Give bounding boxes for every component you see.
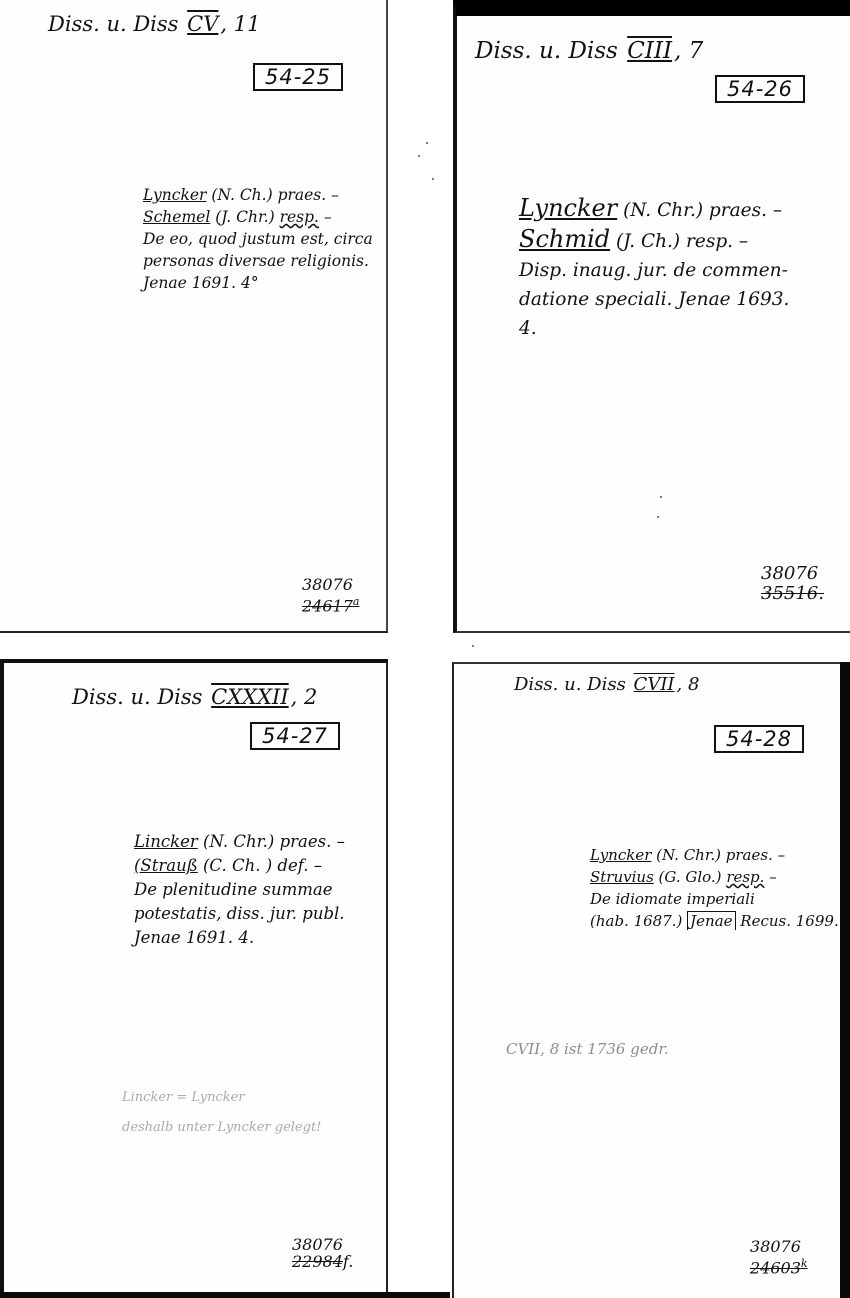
entry-imprint-line: Jenae 1691. 4. [134, 926, 345, 950]
shelfmark-suffix: , 7 [674, 38, 703, 64]
imprint-habitation: (hab. 1687.) [590, 912, 687, 930]
call-number: 54-27 [250, 722, 340, 750]
entry-title-line: De idiomate imperiali [590, 888, 850, 910]
line-dash: – [764, 868, 776, 886]
respondent-name: Struvius [590, 868, 654, 886]
accession-old-struck: 24617 [302, 596, 353, 615]
praeses-name: Lyncker [143, 186, 206, 204]
entry-line-respondent: Schemel (J. Chr.) resp. – [143, 206, 373, 228]
scan-edge-right [840, 662, 850, 1298]
accession-suffix: f. [343, 1252, 353, 1271]
accession-current: 38076 [750, 1238, 808, 1255]
respondent-initials: (J. Chr.) [210, 208, 279, 226]
respondent-role: resp. [280, 208, 319, 226]
shelfmark-suffix: , 11 [220, 12, 260, 36]
entry-line-praeses: Lincker (N. Chr.) praes. – [134, 830, 345, 854]
respondent-detail: (J. Ch.) resp. – [610, 231, 748, 252]
accession-numbers: 38076 24603k [750, 1238, 808, 1276]
shelfmark-suffix: , 2 [291, 685, 318, 709]
pencil-note-line: deshalb unter Lyncker gelegt! [122, 1113, 321, 1143]
shelfmark: Diss. u. Diss CXXXII, 2 [72, 685, 317, 709]
entry-line-praeses: Lyncker (N. Ch.) praes. – [143, 184, 373, 206]
entry-title-line: personas diversae religionis. [143, 250, 373, 272]
praeses-detail: (N. Chr.) praes. – [617, 200, 782, 221]
praeses-name: Lyncker [590, 846, 651, 864]
entry-title-line: De plenitudine summae [134, 878, 345, 902]
respondent-name: Schmid [519, 225, 610, 253]
shelfmark: Diss. u. Diss CV, 11 [48, 12, 260, 36]
accession-numbers: 38076 24617a [302, 576, 359, 614]
accession-suffix: a [353, 595, 360, 608]
imprint-place-boxed: Jenae [687, 911, 735, 930]
shelfmark: Diss. u. Diss CIII, 7 [475, 38, 703, 64]
pencil-note: Lincker = Lyncker deshalb unter Lyncker … [122, 1083, 321, 1143]
catalog-entry: Lincker (N. Chr.) praes. – (Strauß (C. C… [134, 830, 345, 950]
accession-current: 38076 [292, 1236, 353, 1253]
shelfmark-prefix: Diss. u. Diss [72, 685, 202, 709]
accession-old-struck: 35516. [761, 584, 824, 604]
entry-imprint-line: Jenae 1691. 4° [143, 272, 373, 294]
shelfmark-roman: CV [185, 12, 220, 36]
catalog-entry: Lyncker (N. Chr.) praes. – Struvius (G. … [590, 844, 850, 932]
defendant-detail: (C. Ch. ) def. – [198, 856, 322, 875]
line-dash: – [319, 208, 332, 226]
praeses-name: Lincker [134, 832, 198, 851]
catalog-entry: Lyncker (N. Ch.) praes. – Schemel (J. Ch… [143, 184, 373, 294]
entry-line-respondent: Schmid (J. Ch.) resp. – [519, 225, 789, 256]
shelfmark-suffix: , 8 [677, 674, 700, 695]
accession-numbers: 38076 35516. [761, 564, 824, 604]
respondent-role: resp. [726, 868, 764, 886]
defendant-name: (Strauß [134, 856, 198, 875]
accession-old-struck: 22984 [292, 1252, 343, 1271]
shelfmark-roman: CXXXII [209, 685, 291, 709]
catalog-card-54-26: Diss. u. Diss CIII, 7 54-26 Lyncker (N. … [453, 0, 850, 633]
respondent-initials: (G. Glo.) [654, 868, 727, 886]
entry-line-praeses: Lyncker (N. Chr.) praes. – [590, 844, 850, 866]
entry-title-line: De eo, quod justum est, circa [143, 228, 373, 250]
praeses-detail: (N. Chr.) praes. – [198, 832, 345, 851]
shelfmark-roman: CVII [632, 674, 677, 695]
catalog-entry: Lyncker (N. Chr.) praes. – Schmid (J. Ch… [519, 194, 789, 343]
catalog-card-54-27: Diss. u. Diss CXXXII, 2 54-27 Lincker (N… [0, 659, 388, 1298]
catalog-card-54-28: Diss. u. Diss CVII, 8 54-28 Lyncker (N. … [452, 662, 846, 1298]
call-number: 54-25 [253, 63, 343, 91]
accession-current: 38076 [302, 576, 359, 593]
shelfmark: Diss. u. Diss CVII, 8 [514, 674, 699, 695]
praeses-detail: (N. Chr.) praes. – [651, 846, 785, 864]
accession-numbers: 38076 22984f. [292, 1236, 353, 1270]
catalog-card-54-25: Diss. u. Diss CV, 11 54-25 Lyncker (N. C… [0, 0, 388, 633]
pencil-note-line: CVII, 8 ist 1736 gedr. [506, 1034, 669, 1064]
entry-imprint-line: (hab. 1687.) Jenae Recus. 1699. 4° [590, 910, 850, 932]
entry-format-line: 4. [519, 314, 789, 343]
accession-current: 38076 [761, 564, 824, 584]
pencil-note-line: Lincker = Lyncker [122, 1083, 321, 1113]
shelfmark-prefix: Diss. u. Diss [475, 38, 618, 64]
shelfmark-roman: CIII [625, 38, 674, 64]
pencil-note: CVII, 8 ist 1736 gedr. [506, 1034, 669, 1064]
call-number: 54-26 [715, 75, 805, 103]
entry-title-line: Disp. inaug. jur. de commen- [519, 256, 789, 285]
entry-line-praeses: Lyncker (N. Chr.) praes. – [519, 194, 789, 225]
entry-title-line: potestatis, diss. jur. publ. [134, 902, 345, 926]
imprint-reprint: Recus. 1699. 4° [736, 912, 850, 930]
praeses-detail: (N. Ch.) praes. – [206, 186, 338, 204]
shelfmark-prefix: Diss. u. Diss [48, 12, 178, 36]
respondent-name: Schemel [143, 208, 210, 226]
call-number: 54-28 [714, 725, 804, 753]
shelfmark-prefix: Diss. u. Diss [514, 674, 626, 695]
accession-suffix: k [801, 1257, 808, 1270]
entry-title-line: datione speciali. Jenae 1693. [519, 285, 789, 314]
scan-edge-bottom-left [0, 1292, 450, 1298]
praeses-name: Lyncker [519, 194, 617, 222]
accession-old-struck: 24603 [750, 1258, 801, 1277]
entry-line-respondent: Struvius (G. Glo.) resp. – [590, 866, 850, 888]
entry-line-defendant: (Strauß (C. Ch. ) def. – [134, 854, 345, 878]
